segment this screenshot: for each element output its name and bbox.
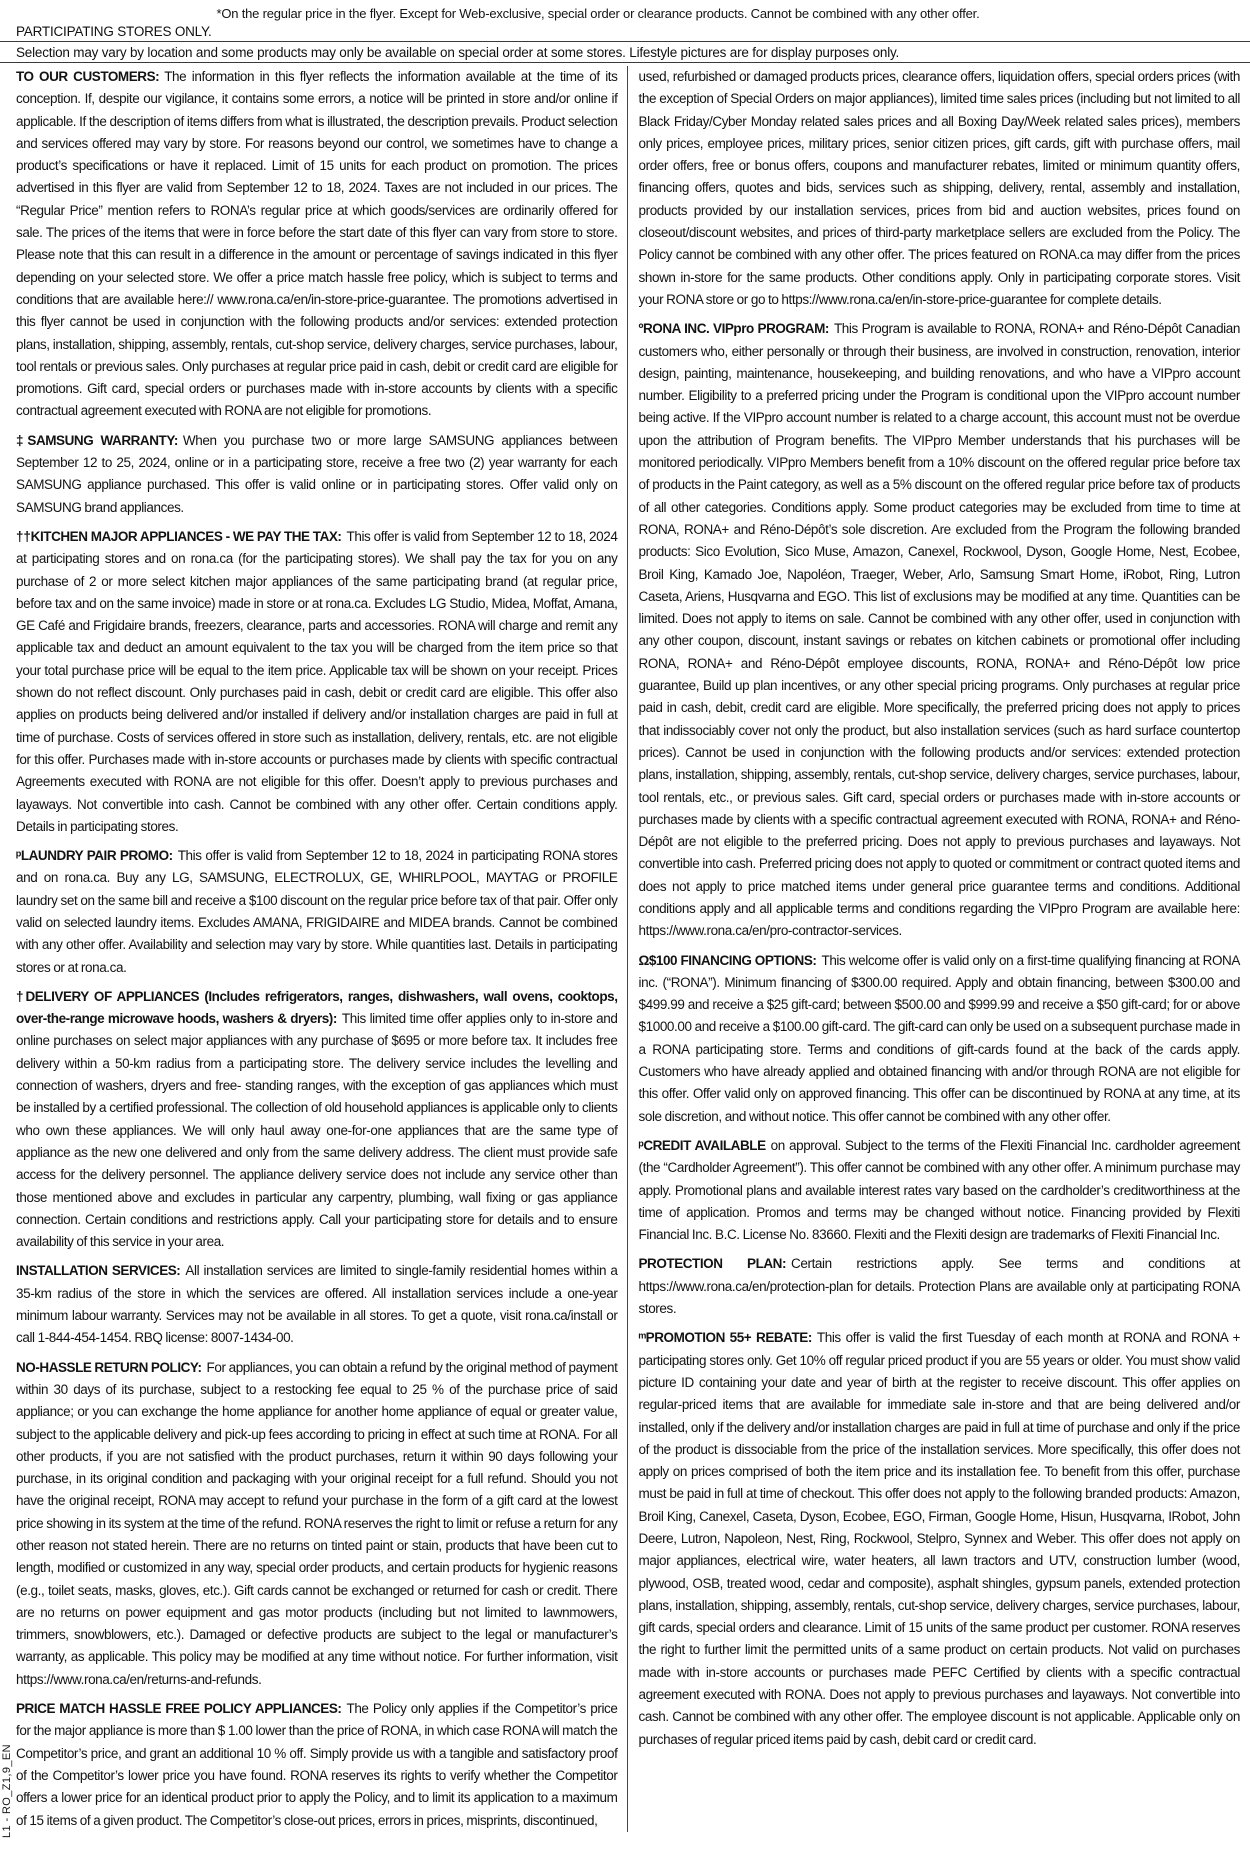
section-body-text: This offer is valid the first Tuesday of… bbox=[639, 1330, 1241, 1746]
right-column: used, refurbished or damaged products pr… bbox=[627, 66, 1241, 1832]
legal-paragraph: INSTALLATION SERVICES:All installation s… bbox=[16, 1260, 618, 1349]
legal-paragraph: ᵖLAUNDRY PAIR PROMO:This offer is valid … bbox=[16, 845, 618, 979]
section-heading: ††KITCHEN MAJOR APPLIANCES - WE PAY THE … bbox=[16, 529, 346, 544]
section-heading: TO OUR CUSTOMERS: bbox=[16, 69, 164, 84]
section-body-text: This welcome offer is valid only on a fi… bbox=[639, 953, 1241, 1124]
section-body-text: on approval. Subject to the terms of the… bbox=[639, 1138, 1241, 1242]
legal-text-columns: TO OUR CUSTOMERS:The information in this… bbox=[16, 66, 1240, 1832]
legal-paragraph: ᵖCREDIT AVAILABLEon approval. Subject to… bbox=[639, 1135, 1241, 1246]
legal-paragraph: ᵐPROMOTION 55+ REBATE:This offer is vali… bbox=[639, 1327, 1241, 1751]
section-body-text: This offer is valid from September 12 to… bbox=[16, 848, 618, 974]
flyer-legal-page: *On the regular price in the flyer. Exce… bbox=[0, 0, 1250, 1864]
section-heading: ᵖCREDIT AVAILABLE bbox=[639, 1138, 771, 1153]
section-heading: NO-HASSLE RETURN POLICY: bbox=[16, 1360, 207, 1375]
legal-paragraph: PRICE MATCH HASSLE FREE POLICY APPLIANCE… bbox=[16, 1698, 618, 1832]
legal-paragraph: TO OUR CUSTOMERS:The information in this… bbox=[16, 66, 618, 423]
section-heading: ᵐPROMOTION 55+ REBATE: bbox=[639, 1330, 817, 1345]
legal-paragraph: ††KITCHEN MAJOR APPLIANCES - WE PAY THE … bbox=[16, 526, 618, 838]
section-body-text: This offer is valid from September 12 to… bbox=[16, 529, 618, 834]
section-heading: ‡SAMSUNG WARRANTY: bbox=[16, 433, 183, 448]
section-heading: INSTALLATION SERVICES: bbox=[16, 1263, 185, 1278]
header-divider bbox=[0, 62, 1250, 63]
left-column: TO OUR CUSTOMERS:The information in this… bbox=[16, 66, 627, 1832]
section-body-text: This limited time offer applies only to … bbox=[16, 1011, 618, 1249]
section-body-text: The Policy only applies if the Competito… bbox=[16, 1701, 618, 1827]
section-heading: PROTECTION PLAN: bbox=[639, 1256, 792, 1271]
page-header: *On the regular price in the flyer. Exce… bbox=[16, 6, 1240, 63]
selection-availability-note: Selection may vary by location and some … bbox=[16, 45, 1240, 60]
section-heading: ᵖLAUNDRY PAIR PROMO: bbox=[16, 848, 178, 863]
section-heading: ºRONA INC. VIPpro PROGRAM: bbox=[639, 321, 834, 336]
participating-stores-note: PARTICIPATING STORES ONLY. bbox=[16, 24, 1240, 39]
header-divider bbox=[0, 41, 1250, 42]
section-body-text: used, refurbished or damaged products pr… bbox=[639, 69, 1241, 307]
section-heading: Ω$100 FINANCING OPTIONS: bbox=[639, 953, 822, 968]
legal-paragraph: PROTECTION PLAN:Certain restrictions app… bbox=[639, 1253, 1241, 1320]
legal-paragraph: †DELIVERY OF APPLIANCES (Includes refrig… bbox=[16, 986, 618, 1254]
legal-paragraph: used, refurbished or damaged products pr… bbox=[639, 66, 1241, 311]
legal-paragraph: ‡SAMSUNG WARRANTY:When you purchase two … bbox=[16, 430, 618, 519]
section-body-text: This Program is available to RONA, RONA+… bbox=[639, 321, 1241, 938]
section-body-text: The information in this flyer reflects t… bbox=[16, 69, 618, 418]
section-heading: PRICE MATCH HASSLE FREE POLICY APPLIANCE… bbox=[16, 1701, 346, 1716]
print-code-label: L1 - RO_Z1,9_EN bbox=[1, 1744, 13, 1838]
section-body-text: For appliances, you can obtain a refund … bbox=[16, 1360, 618, 1687]
legal-paragraph: NO-HASSLE RETURN POLICY:For appliances, … bbox=[16, 1357, 618, 1691]
header-regular-price-note: *On the regular price in the flyer. Exce… bbox=[16, 6, 1180, 21]
legal-paragraph: ºRONA INC. VIPpro PROGRAM:This Program i… bbox=[639, 318, 1241, 942]
legal-paragraph: Ω$100 FINANCING OPTIONS:This welcome off… bbox=[639, 950, 1241, 1128]
